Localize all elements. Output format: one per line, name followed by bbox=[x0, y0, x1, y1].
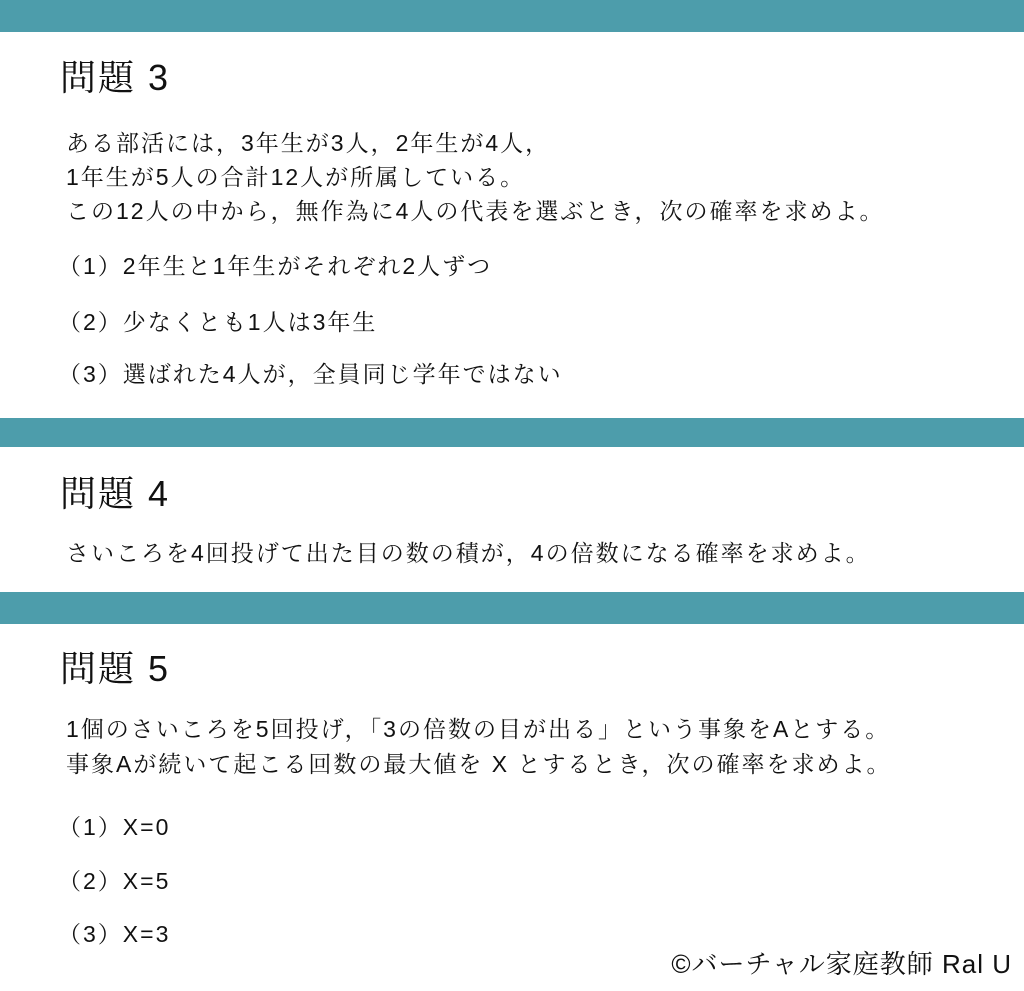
problem5-heading: 問題 5 bbox=[60, 650, 170, 688]
worksheet-page: 問題 3 ある部活には，3年生が3人，2年生が4人， 1年生が5人の合計12人が… bbox=[0, 0, 1024, 991]
problem5-statement: 1個のさいころを5回投げ，「3の倍数の目が出る」という事象をAとする。 事象Aが… bbox=[66, 712, 892, 782]
divider-bar-middle bbox=[0, 418, 1024, 447]
problem4-statement-line-1: さいころを4回投げて出た目の数の積が，4の倍数になる確率を求めよ。 bbox=[66, 536, 871, 570]
problem3-statement: ある部活には，3年生が3人，2年生が4人， 1年生が5人の合計12人が所属してい… bbox=[66, 126, 884, 228]
problem4-statement: さいころを4回投げて出た目の数の積が，4の倍数になる確率を求めよ。 bbox=[66, 536, 871, 570]
problem5-subquestion-3: （3）X=3 bbox=[58, 919, 170, 949]
problem3-statement-line-1: ある部活には，3年生が3人，2年生が4人， bbox=[66, 126, 884, 160]
problem5-subquestion-2: （2）X=5 bbox=[58, 866, 170, 896]
problem3-subquestion-3: （3）選ばれた4人が，全員同じ学年ではない bbox=[58, 359, 563, 389]
problem3-statement-line-2: 1年生が5人の合計12人が所属している。 bbox=[66, 160, 884, 194]
problem3-subquestion-2: （2）少なくとも1人は3年生 bbox=[58, 307, 377, 337]
problem5-subquestion-1: （1）X=0 bbox=[58, 812, 170, 842]
problem4-heading: 問題 4 bbox=[60, 475, 170, 513]
copyright-notice: ©バーチャル家庭教師 Ral U bbox=[671, 944, 1012, 981]
divider-bar-top bbox=[0, 0, 1024, 32]
divider-bar-bottom bbox=[0, 592, 1024, 624]
problem3-heading: 問題 3 bbox=[60, 59, 170, 97]
problem5-statement-line-1: 1個のさいころを5回投げ，「3の倍数の目が出る」という事象をAとする。 bbox=[66, 712, 892, 747]
problem3-subquestion-1: （1）2年生と1年生がそれぞれ2人ずつ bbox=[58, 251, 492, 281]
problem3-statement-line-3: この12人の中から，無作為に4人の代表を選ぶとき，次の確率を求めよ。 bbox=[66, 194, 884, 228]
problem5-statement-line-2: 事象Aが続いて起こる回数の最大値を X とするとき，次の確率を求めよ。 bbox=[66, 747, 892, 782]
